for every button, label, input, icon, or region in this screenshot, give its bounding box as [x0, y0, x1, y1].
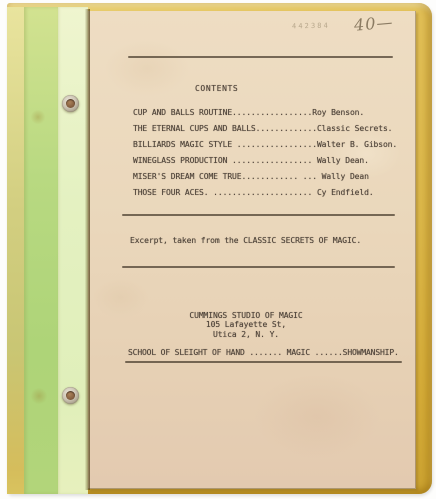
- binding-strips: [7, 7, 88, 494]
- document-page: [88, 11, 416, 489]
- binding-strip-green: [24, 7, 58, 494]
- pencil-catalog-number: 442384: [292, 22, 330, 31]
- pencil-price: 40—: [353, 12, 394, 34]
- excerpt-line: Excerpt, taken from the CLASSIC SECRETS …: [130, 236, 361, 245]
- divider-rule-upper: [122, 214, 395, 216]
- toc-line: WINEGLASS PRODUCTION ................. W…: [133, 156, 369, 165]
- contents-heading: CONTENTS: [195, 84, 238, 93]
- rivet-bottom: [62, 387, 79, 404]
- rivet-top: [62, 95, 79, 112]
- toc-line: MISER'S DREAM COME TRUE............ ... …: [133, 172, 369, 181]
- scanned-booklet-photo: 442384 40— CONTENTS CUP AND BALLS ROUTIN…: [0, 0, 436, 499]
- binding-gap-shadow: [85, 9, 90, 490]
- studio-address-2: Utica 2, N. Y.: [140, 330, 352, 339]
- toc-line: THE ETERNAL CUPS AND BALLS.............C…: [133, 124, 392, 133]
- toc-line: CUP AND BALLS ROUTINE.................Ro…: [133, 108, 364, 117]
- studio-name: CUMMINGS STUDIO OF MAGIC: [140, 311, 352, 320]
- binding-strip-yellow: [7, 7, 24, 494]
- divider-rule-lower: [122, 266, 395, 268]
- studio-address-1: 105 Lafayette St,: [140, 320, 352, 329]
- binding-strip-pale: [58, 7, 88, 494]
- tagline: SCHOOL OF SLEIGHT OF HAND ....... MAGIC …: [128, 348, 399, 357]
- bottom-rule: [125, 361, 402, 363]
- toc-line: THOSE FOUR ACES. ..................... C…: [133, 188, 374, 197]
- studio-block: CUMMINGS STUDIO OF MAGIC 105 Lafayette S…: [140, 311, 352, 339]
- top-rule: [128, 56, 393, 58]
- toc-line: BILLIARDS MAGIC STYLE .................W…: [133, 140, 397, 149]
